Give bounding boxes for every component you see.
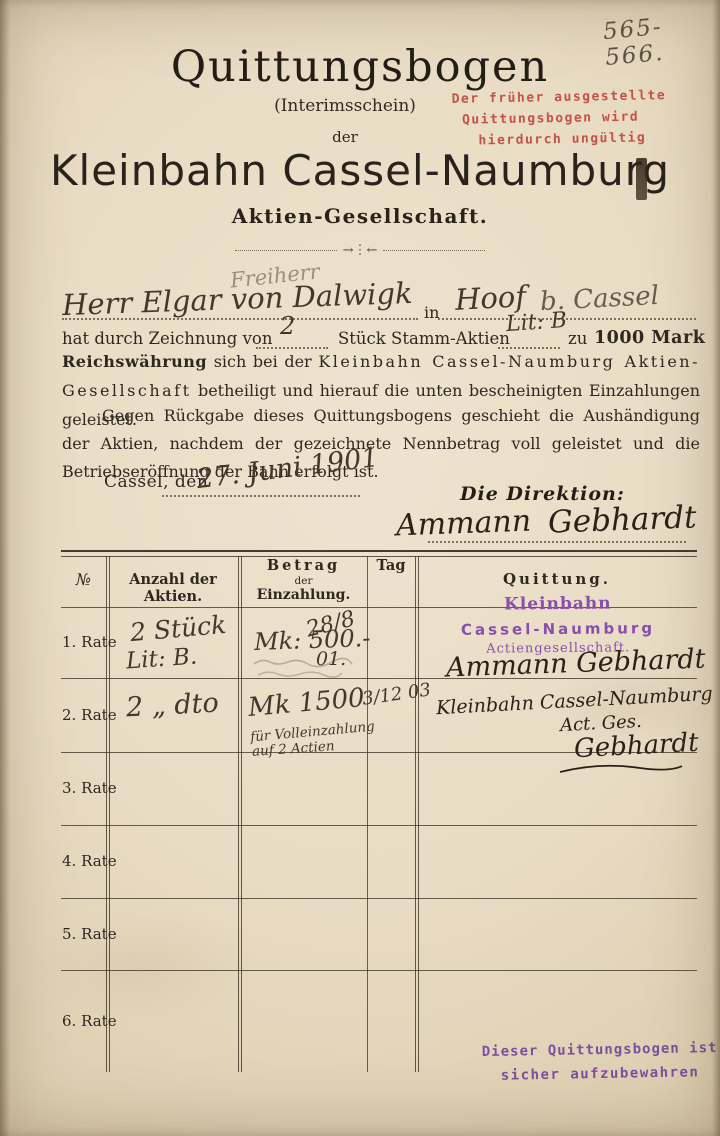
row1-anzahl-handwriting: 2 Stück — [129, 610, 227, 647]
stamp-kleinbahn: Kleinbahn — [420, 593, 696, 615]
column-header-einzahlung: Einzahlung. — [240, 587, 367, 603]
red-stamp-line: Quittungsbogen wird — [462, 109, 667, 128]
date-underline — [162, 495, 360, 497]
column-header-quittung: Quittung. — [417, 570, 697, 588]
para1-bold: Reichswährung — [62, 352, 207, 371]
table-row-rule — [61, 898, 697, 899]
row2-quittung-signature: Gebhardt — [573, 728, 699, 764]
table-top-rule — [61, 550, 697, 557]
direktion-label: Die Direktion: — [460, 483, 625, 505]
edge-shadow-artifact — [712, 0, 720, 1136]
footer-stamp-line1: Dieser Quittungsbogen ist — [482, 1040, 718, 1060]
row2-anzahl-handwriting: 2 „ dto — [125, 688, 219, 724]
red-stamp-line: Der früher ausgestellte — [452, 88, 667, 107]
ornament-line — [235, 250, 337, 251]
row2-tag-handwriting: 3/12 03 — [361, 679, 432, 709]
ink-blot-artifact — [636, 158, 647, 200]
rate-row-label: 6. Rate — [62, 1012, 117, 1030]
column-header-no: № — [61, 570, 106, 589]
table-divider-vertical — [415, 556, 419, 1072]
table-divider-vertical — [238, 556, 242, 1072]
table-row-rule — [61, 825, 697, 826]
signature-underline — [428, 541, 686, 543]
company-type: Aktien-Gesellschaft. — [0, 204, 720, 228]
footer-stamp-line2: sicher aufzubewahren — [482, 1064, 718, 1084]
rate-row-label: 1. Rate — [62, 633, 117, 651]
column-header-anzahl: Anzahl der Aktien. — [108, 571, 238, 605]
para1-text: sich bei der — [214, 352, 312, 371]
subscription-line-zu: zu — [568, 329, 587, 348]
holder-underline — [62, 318, 418, 320]
rate-row-label: 4. Rate — [62, 852, 117, 870]
row1-anzahl-lit-handwriting: Lit: B. — [125, 644, 198, 675]
company-name: Kleinbahn Cassel-Naumburg — [0, 146, 720, 195]
holder-name-handwriting: Herr Elgar von Dalwigk — [62, 276, 414, 322]
subscription-amount: 1000 Mark — [594, 328, 705, 348]
row1-tag-year-handwriting: 01. — [316, 648, 346, 670]
edge-shadow-artifact — [0, 0, 10, 1136]
signature-director-1: Ammann — [395, 504, 531, 544]
signature-flourish — [556, 762, 686, 778]
row2-betrag-handwriting: Mk 1500 — [247, 683, 366, 723]
rate-row-label: 2. Rate — [62, 706, 117, 724]
document-title: Quittungsbogen — [0, 42, 720, 92]
ornament-glyph: →⋮← — [337, 243, 384, 258]
ornament-line — [383, 250, 485, 251]
signature-director-2: Gebhardt — [547, 499, 697, 540]
subscription-line-mid: Stück Stamm-Aktien — [338, 329, 510, 348]
table-row-rule — [61, 970, 697, 971]
footer-keep-safe-stamp: Dieser Quittungsbogen ist sicher aufzube… — [482, 1040, 718, 1084]
column-header-betrag: Betrag — [240, 557, 367, 574]
quittungsbogen-document: 565-566. Quittungsbogen (Interimsschein)… — [0, 0, 720, 1136]
date-place-printed: Cassel, den — [104, 472, 208, 492]
column-header-tag: Tag — [367, 557, 415, 574]
quantity-handwriting: 2 — [280, 312, 295, 340]
table-row-rule — [61, 678, 697, 679]
subscription-line-pre: hat durch Zeichnung von — [62, 329, 272, 348]
rate-row-label: 5. Rate — [62, 925, 117, 943]
rate-row-label: 3. Rate — [62, 779, 117, 797]
column-header-betrag-der: der — [240, 575, 367, 587]
der-label: der — [0, 128, 690, 146]
stamp-cassel-naumburg: Cassel-Naumburg — [420, 619, 696, 639]
ornament-divider: →⋮← — [235, 243, 485, 258]
lit-handwriting: Lit: B — [505, 308, 568, 337]
